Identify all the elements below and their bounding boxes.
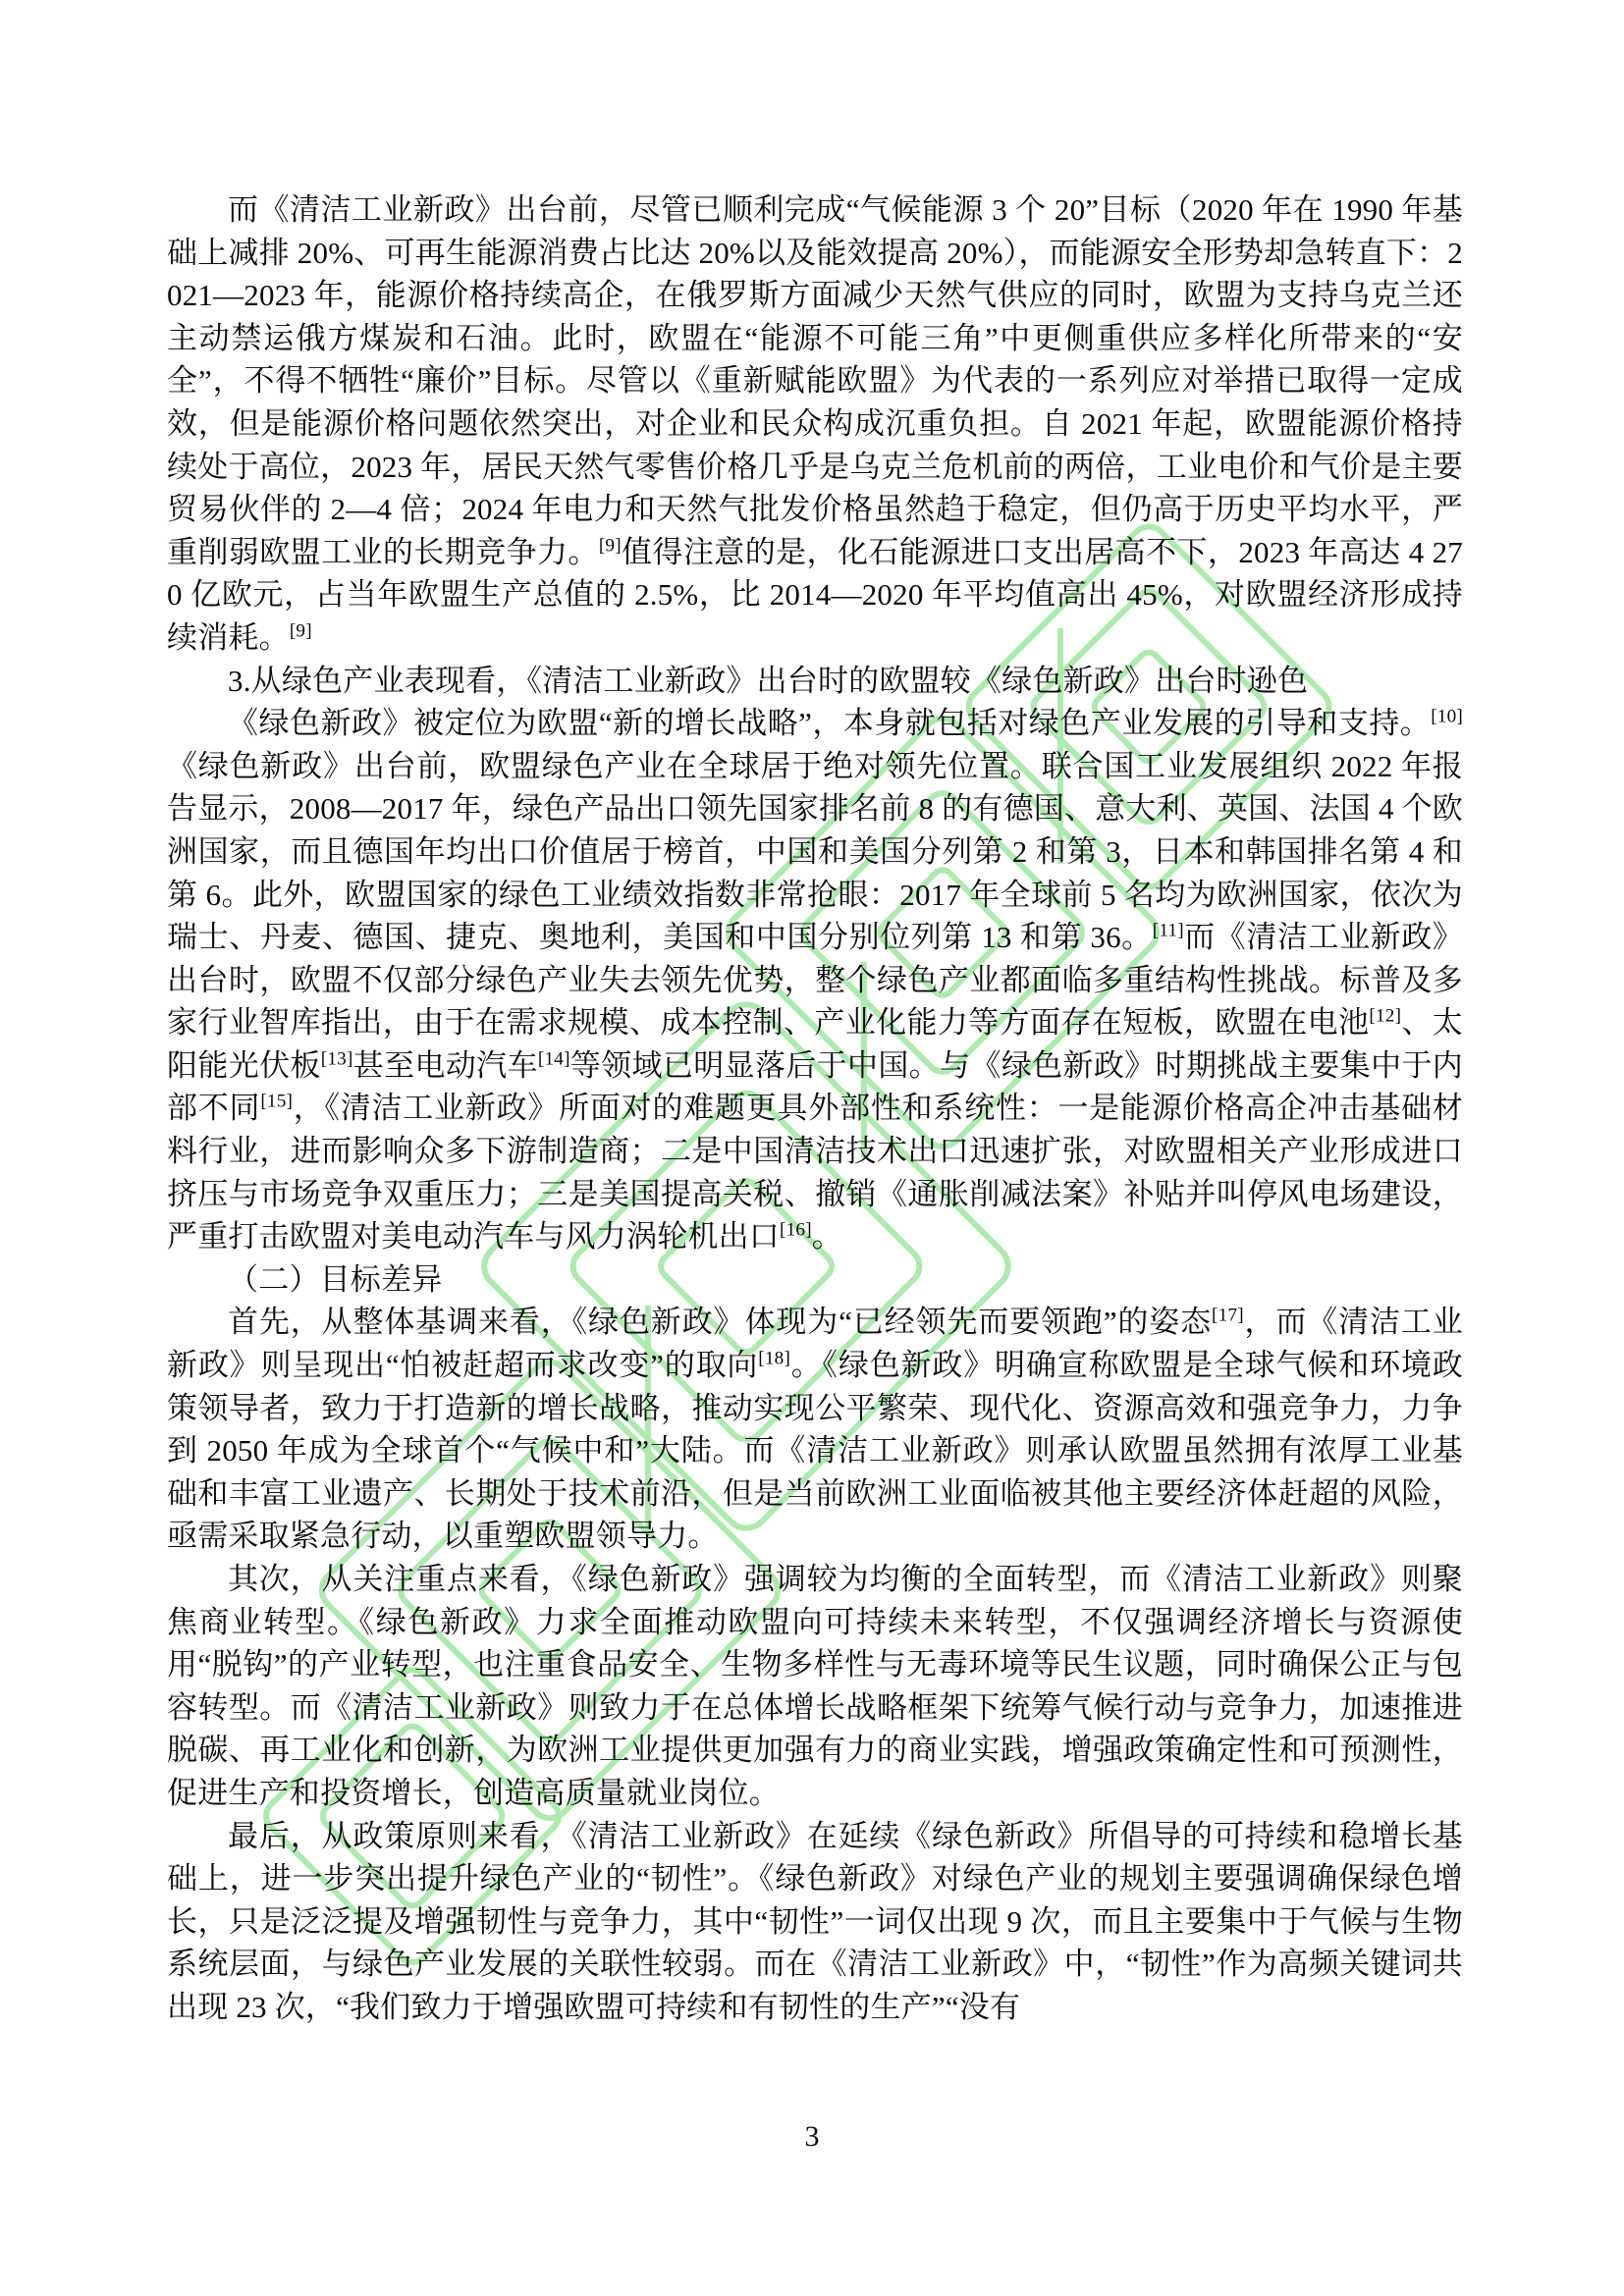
page-number: 3 <box>0 2120 1624 2154</box>
paragraph: 最后，从政策原则来看，《清洁工业新政》在延续《绿色新政》所倡导的可持续和稳增长基… <box>167 1815 1463 2029</box>
paragraph: 《绿色新政》被定位为欧盟“新的增长战略”，本身就包括对绿色产业发展的引导和支持。… <box>167 702 1463 1258</box>
section-subheading: 3.从绿色产业表现看，《清洁工业新政》出台时的欧盟较《绿色新政》出台时逊色 <box>167 660 1463 703</box>
paragraph: 而《清洁工业新政》出台前，尽管已顺利完成“气候能源 3 个 20”目标（2020… <box>167 188 1463 660</box>
article-body: 而《清洁工业新政》出台前，尽管已顺利完成“气候能源 3 个 20”目标（2020… <box>167 188 1463 2029</box>
document-page: 而《清洁工业新政》出台前，尽管已顺利完成“气候能源 3 个 20”目标（2020… <box>0 0 1624 2296</box>
section-heading: （二）目标差异 <box>167 1258 1463 1302</box>
paragraph: 首先，从整体基调来看，《绿色新政》体现为“已经领先而要领跑”的姿态[17]，而《… <box>167 1301 1463 1558</box>
paragraph: 其次，从关注重点来看，《绿色新政》强调较为均衡的全面转型，而《清洁工业新政》则聚… <box>167 1558 1463 1815</box>
